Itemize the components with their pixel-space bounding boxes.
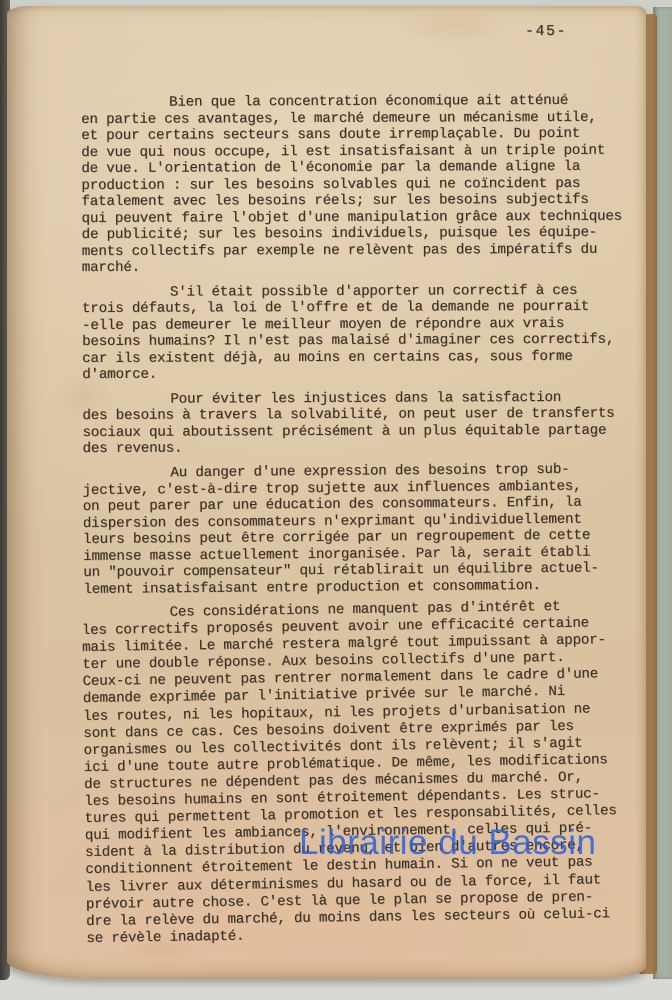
- text-line: de vue. L'orientation de l'économie par …: [81, 158, 656, 177]
- text-line: trois défauts, la loi de l'offre et de l…: [82, 298, 657, 317]
- text-line: ments collectifs par exemple ne relèvent…: [82, 241, 657, 260]
- text-line: car ils existent déjà, au moins en certa…: [82, 348, 657, 367]
- paragraph: Bien que la concentration économique ait…: [81, 92, 657, 276]
- text-line: d'amorce.: [82, 364, 657, 383]
- text-line: des revenus.: [83, 438, 658, 457]
- paragraph: Au danger d'une expression des besoins t…: [82, 460, 658, 597]
- text-line: marché.: [82, 257, 657, 276]
- paragraph: S'il était possible d'apporter un correc…: [82, 282, 657, 384]
- text-line: sociaux qui aboutissent précisément à un…: [82, 422, 657, 441]
- text-line: fatalement avec les besoins réels; sur l…: [81, 191, 656, 210]
- text-line: des besoins à travers la solvabilité, on…: [82, 405, 657, 424]
- page: -45- Bien que la concentration économiqu…: [7, 6, 646, 979]
- scanned-book-page: -45- Bien que la concentration économiqu…: [0, 0, 672, 1000]
- paragraph: Ces considérations ne manquent pas d'int…: [81, 597, 661, 947]
- text-line: besoins humains? Il n'est pas malaisé d'…: [82, 331, 657, 350]
- text-block: Bien que la concentration économique ait…: [81, 92, 660, 947]
- paragraph: Pour éviter les injustices dans la satis…: [82, 389, 657, 458]
- text-line: de publicité; sur les besoins individuel…: [82, 224, 657, 243]
- page-number: -45-: [525, 23, 567, 40]
- text-line: et pour certains secteurs sans doute irr…: [81, 125, 656, 144]
